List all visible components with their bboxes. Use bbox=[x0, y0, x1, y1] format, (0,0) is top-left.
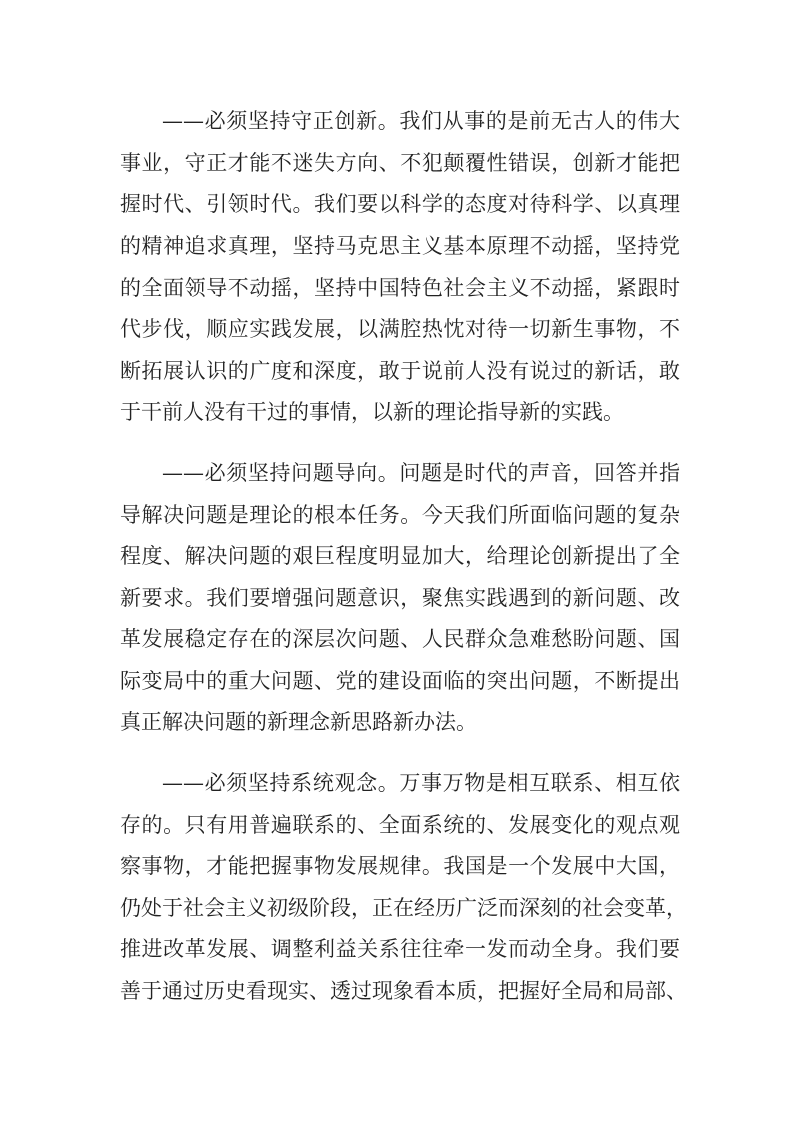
paragraph-line: ——必须坚持问题导向。问题是时代的声音，回答并指 bbox=[162, 458, 680, 488]
paragraph-line: 导解决问题是理论的根本任务。今天我们所面临问题的复杂 bbox=[120, 500, 680, 530]
paragraph-line: 善于通过历史看现实、透过现象看本质，把握好全局和局部、 bbox=[120, 976, 680, 1006]
paragraph-line: 代步伐，顺应实践发展，以满腔热忱对待一切新生事物，不 bbox=[120, 314, 680, 344]
paragraph-line: 握时代、引领时代。我们要以科学的态度对待科学、以真理 bbox=[120, 189, 680, 219]
paragraph-line: 存的。只有用普遍联系的、全面系统的、发展变化的观点观 bbox=[120, 810, 680, 840]
paragraph-line: 的精神追求真理，坚持马克思主义基本原理不动摇，坚持党 bbox=[120, 231, 680, 261]
paragraph-line: 程度、解决问题的艰巨程度明显加大，给理论创新提出了全 bbox=[120, 541, 680, 571]
paragraph-line: ——必须坚持系统观念。万事万物是相互联系、相互依 bbox=[162, 768, 680, 798]
paragraph-line: 推进改革发展、调整利益关系往往牵一发而动全身。我们要 bbox=[120, 934, 680, 964]
paragraph-line: 革发展稳定存在的深层次问题、人民群众急难愁盼问题、国 bbox=[120, 624, 680, 654]
paragraph-line: 仍处于社会主义初级阶段，正在经历广泛而深刻的社会变革， bbox=[120, 893, 680, 923]
paragraph-line: 于干前人没有干过的事情，以新的理论指导新的实践。 bbox=[120, 397, 680, 427]
paragraph-line: 新要求。我们要增强问题意识，聚焦实践遇到的新问题、改 bbox=[120, 583, 680, 613]
paragraph-line: 际变局中的重大问题、党的建设面临的突出问题，不断提出 bbox=[120, 666, 680, 696]
paragraph-line: 事业，守正才能不迷失方向、不犯颠覆性错误，创新才能把 bbox=[120, 148, 680, 178]
paragraph-line: ——必须坚持守正创新。我们从事的是前无古人的伟大 bbox=[162, 106, 680, 136]
document-page: ——必须坚持守正创新。我们从事的是前无古人的伟大 事业，守正才能不迷失方向、不犯… bbox=[0, 0, 800, 1131]
paragraph-line: 真正解决问题的新理念新思路新办法。 bbox=[120, 707, 680, 737]
paragraph-line: 的全面领导不动摇，坚持中国特色社会主义不动摇，紧跟时 bbox=[120, 273, 680, 303]
paragraph-line: 察事物，才能把握事物发展规律。我国是一个发展中大国， bbox=[120, 851, 680, 881]
paragraph-line: 断拓展认识的广度和深度，敢于说前人没有说过的新话，敢 bbox=[120, 356, 680, 386]
